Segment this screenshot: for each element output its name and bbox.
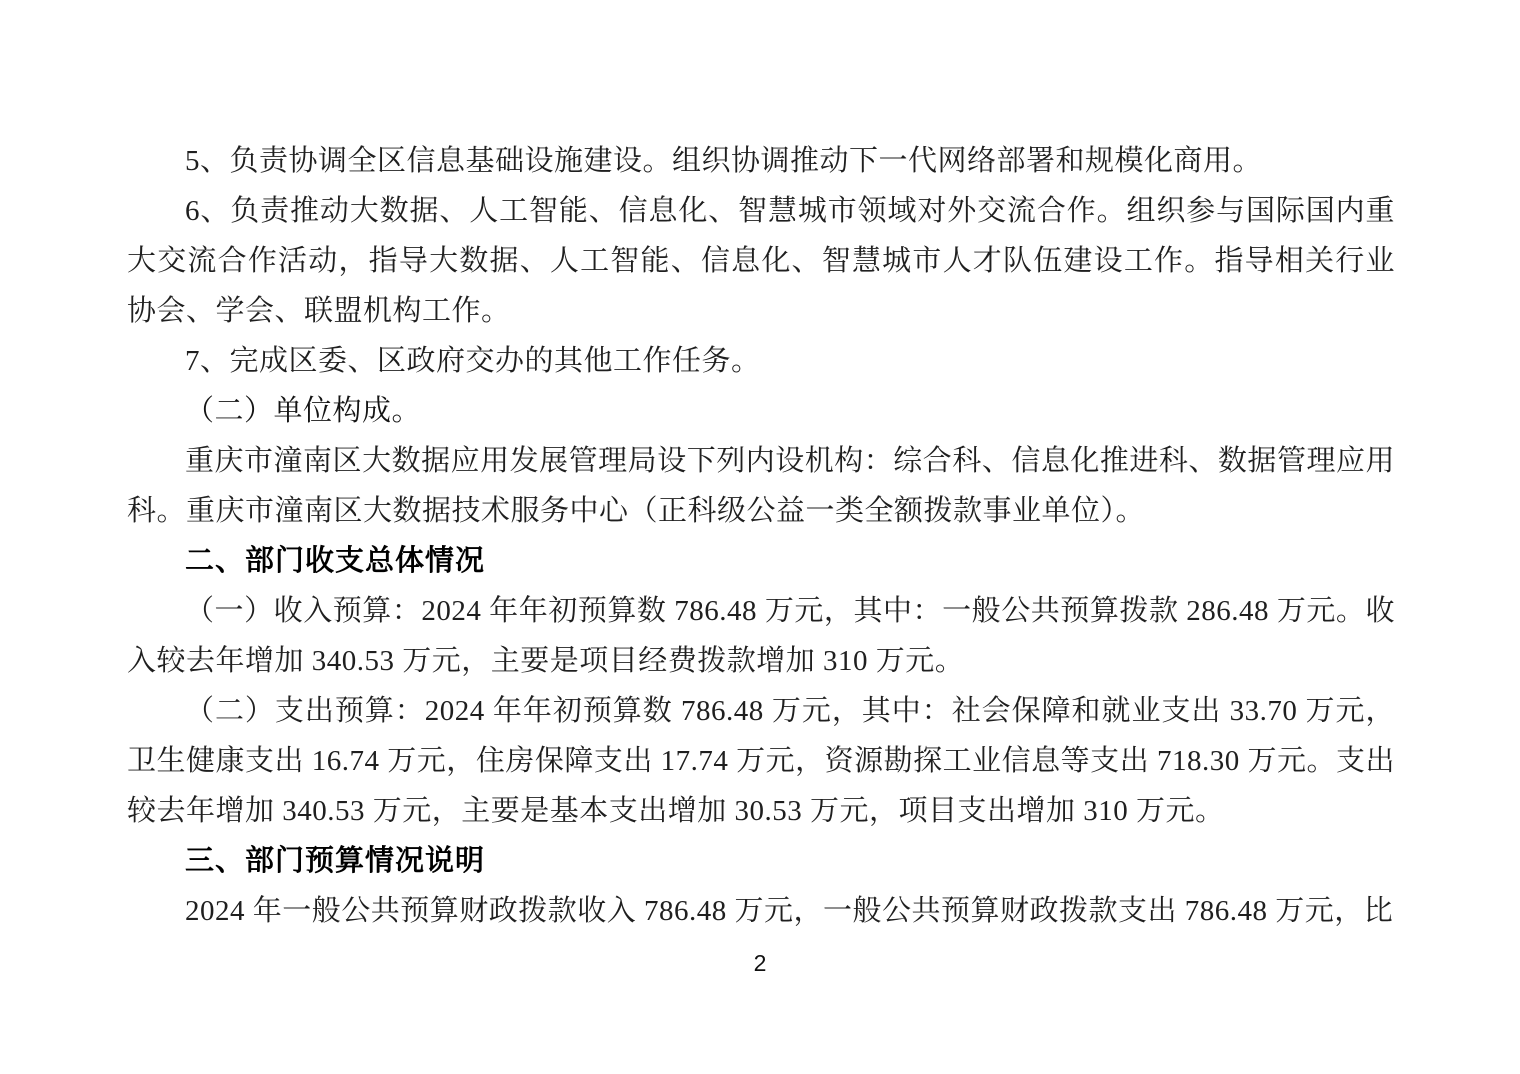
paragraph-unit-composition-detail: 重庆市潼南区大数据应用发展管理局设下列内设机构：综合科、信息化推进科、数据管理应… <box>127 436 1395 536</box>
paragraph-fiscal-allocation-summary: 2024 年一般公共预算财政拨款收入 786.48 万元，一般公共预算财政拨款支… <box>127 886 1395 936</box>
section-heading-revenue-expenditure-overview: 二、部门收支总体情况 <box>127 536 1395 586</box>
paragraph-duty-7: 7、完成区委、区政府交办的其他工作任务。 <box>127 336 1395 386</box>
paragraph-expenditure-budget: （二）支出预算：2024 年年初预算数 786.48 万元，其中：社会保障和就业… <box>127 686 1395 836</box>
subheading-unit-composition: （二）单位构成。 <box>127 386 1395 436</box>
section-heading-budget-explanation: 三、部门预算情况说明 <box>127 836 1395 886</box>
document-body: 5、负责协调全区信息基础设施建设。组织协调推动下一代网络部署和规模化商用。 6、… <box>127 136 1395 936</box>
page-number: 2 <box>0 948 1520 978</box>
paragraph-duty-5: 5、负责协调全区信息基础设施建设。组织协调推动下一代网络部署和规模化商用。 <box>127 136 1395 186</box>
paragraph-income-budget: （一）收入预算：2024 年年初预算数 786.48 万元，其中：一般公共预算拨… <box>127 586 1395 686</box>
document-page: 5、负责协调全区信息基础设施建设。组织协调推动下一代网络部署和规模化商用。 6、… <box>0 0 1520 1074</box>
paragraph-duty-6: 6、负责推动大数据、人工智能、信息化、智慧城市领域对外交流合作。组织参与国际国内… <box>127 186 1395 336</box>
